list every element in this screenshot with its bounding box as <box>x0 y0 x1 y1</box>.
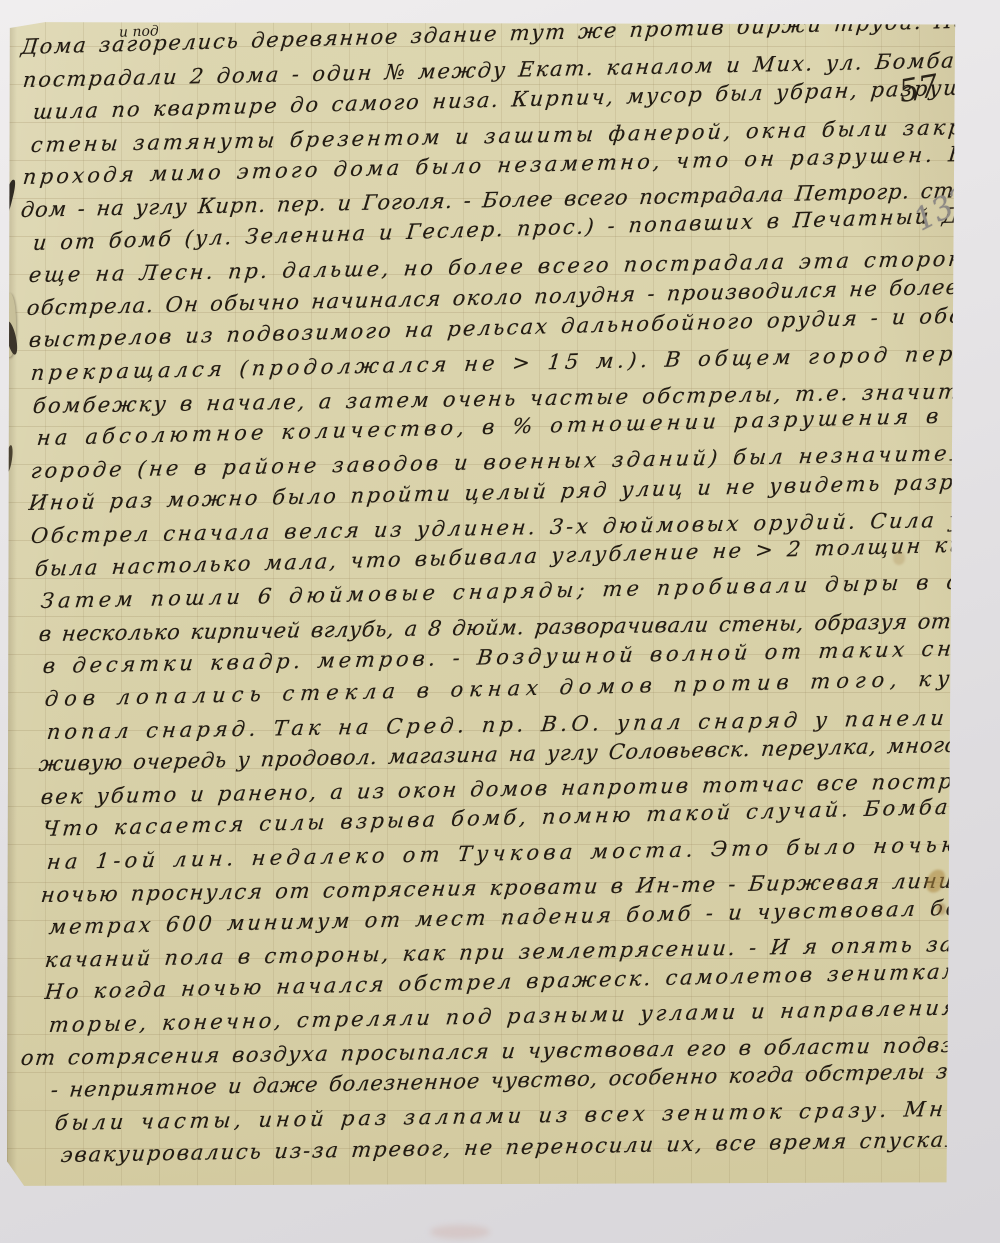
paper-stain <box>893 551 905 565</box>
manuscript-page: и под Дома загорелись деревянное здание … <box>7 21 957 1187</box>
background-smudge <box>430 1225 490 1239</box>
photo-background: и под Дома загорелись деревянное здание … <box>0 0 1000 1243</box>
page-number-ink: 57 <box>896 68 941 110</box>
paper-stain <box>937 903 946 915</box>
